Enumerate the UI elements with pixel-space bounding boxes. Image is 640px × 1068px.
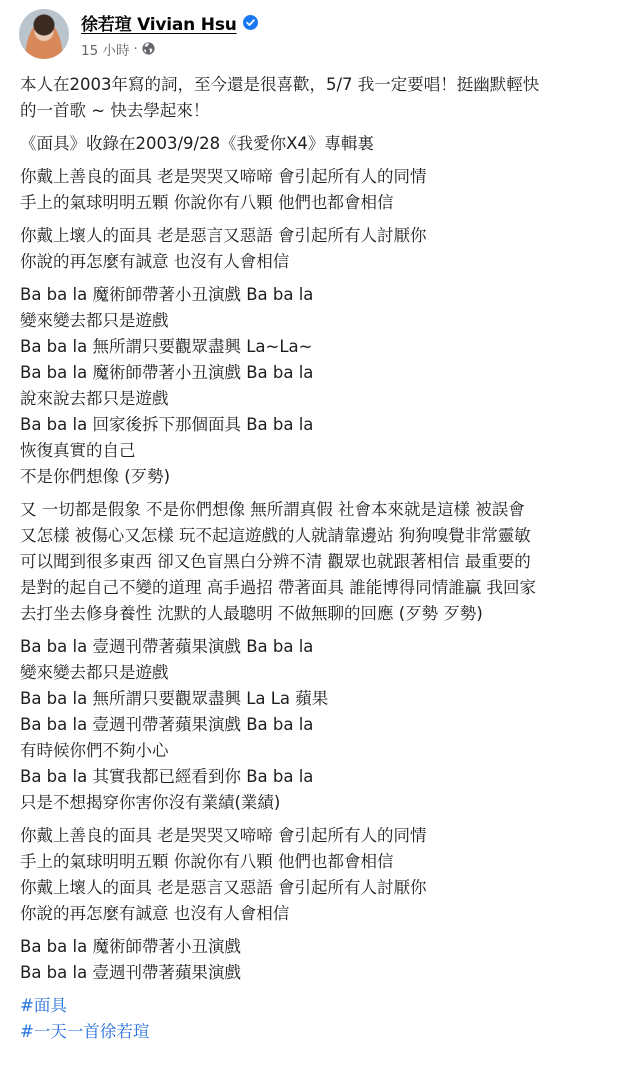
lyric-line: Ba ba la 壹週刊帶著蘋果演戲 Ba ba la bbox=[20, 712, 622, 738]
lyric-line: 恢復真實的自己 bbox=[20, 438, 622, 464]
lyric-line: 你戴上壞人的面具 老是惡言又惡語 會引起所有人討厭你 bbox=[20, 223, 622, 249]
post-body: 本人在2003年寫的詞，至今還是很喜歡，5/7 我一定要唱！挺幽默輕快 的一首歌… bbox=[18, 72, 622, 1045]
lyric-line: 你說的再怎麼有誠意 也沒有人會相信 bbox=[20, 249, 622, 275]
lyric-line: 是對的起自己不變的道理 高手過招 帶著面具 誰能博得同情誰贏 我回家 bbox=[20, 575, 622, 601]
verified-badge-icon bbox=[243, 15, 258, 30]
facebook-post: 徐若瑄 Vivian Hsu 15 小時 · bbox=[0, 0, 640, 1068]
post-subline: 15 小時 · bbox=[81, 39, 258, 59]
author-avatar[interactable] bbox=[19, 9, 69, 59]
author-name-row: 徐若瑄 Vivian Hsu bbox=[81, 10, 258, 35]
intro-line: 的一首歌 ~ 快去學起來！ bbox=[20, 98, 622, 124]
lyric-line: 手上的氣球明明五顆 你說你有八顆 他們也都會相信 bbox=[20, 849, 622, 875]
lyrics-stanza: Ba ba la 魔術師帶著小丑演戲 Ba ba la 壹週刊帶著蘋果演戲 bbox=[20, 934, 622, 986]
lyric-line: 變來變去都只是遊戲 bbox=[20, 308, 622, 334]
lyric-line: 又怎樣 被傷心又怎樣 玩不起這遊戲的人就請靠邊站 狗狗嗅覺非常靈敏 bbox=[20, 523, 622, 549]
hashtag-link[interactable]: #一天一首徐若瑄 bbox=[20, 1019, 622, 1045]
album-note-paragraph: 《面具》收錄在2003/9/28《我愛你X4》專輯裏 bbox=[20, 131, 622, 157]
lyric-line: 你戴上善良的面具 老是哭哭又啼啼 會引起所有人的同情 bbox=[20, 823, 622, 849]
lyric-line: Ba ba la 無所謂只要觀眾盡興 La La 蘋果 bbox=[20, 686, 622, 712]
lyric-line: Ba ba la 壹週刊帶著蘋果演戲 Ba ba la bbox=[20, 634, 622, 660]
lyric-line: 你戴上壞人的面具 老是惡言又惡語 會引起所有人討厭你 bbox=[20, 875, 622, 901]
lyric-line: 你說的再怎麼有誠意 也沒有人會相信 bbox=[20, 901, 622, 927]
lyric-line: 可以聞到很多東西 卻又色盲黑白分辨不清 觀眾也就跟著相信 最重要的 bbox=[20, 549, 622, 575]
globe-icon[interactable] bbox=[142, 42, 155, 55]
lyric-line: Ba ba la 壹週刊帶著蘋果演戲 bbox=[20, 960, 622, 986]
intro-line: 本人在2003年寫的詞，至今還是很喜歡，5/7 我一定要唱！挺幽默輕快 bbox=[20, 72, 622, 98]
intro-paragraph: 本人在2003年寫的詞，至今還是很喜歡，5/7 我一定要唱！挺幽默輕快 的一首歌… bbox=[20, 72, 622, 124]
hashtag-list: #面具 #一天一首徐若瑄 bbox=[20, 993, 622, 1045]
lyric-line: 變來變去都只是遊戲 bbox=[20, 660, 622, 686]
lyrics-stanza: Ba ba la 壹週刊帶著蘋果演戲 Ba ba la 變來變去都只是遊戲 Ba… bbox=[20, 634, 622, 816]
lyric-line: 手上的氣球明明五顆 你說你有八顆 他們也都會相信 bbox=[20, 190, 622, 216]
hashtag-link[interactable]: #面具 bbox=[20, 993, 622, 1019]
lyrics-stanza: 又 一切都是假象 不是你們想像 無所謂真假 社會本來就是這樣 被誤會 又怎樣 被… bbox=[20, 497, 622, 627]
lyric-line: Ba ba la 回家後拆下那個面具 Ba ba la bbox=[20, 412, 622, 438]
lyric-line: 只是不想揭穿你害你沒有業績(業績) bbox=[20, 790, 622, 816]
lyric-line: 有時候你們不夠小心 bbox=[20, 738, 622, 764]
lyrics-stanza: 你戴上善良的面具 老是哭哭又啼啼 會引起所有人的同情 手上的氣球明明五顆 你說你… bbox=[20, 164, 622, 216]
lyric-line: Ba ba la 其實我都已經看到你 Ba ba la bbox=[20, 764, 622, 790]
post-meta: 徐若瑄 Vivian Hsu 15 小時 · bbox=[81, 10, 258, 59]
lyrics-stanza: 你戴上善良的面具 老是哭哭又啼啼 會引起所有人的同情 手上的氣球明明五顆 你說你… bbox=[20, 823, 622, 927]
lyric-line: 說來說去都只是遊戲 bbox=[20, 386, 622, 412]
lyric-line: Ba ba la 無所謂只要觀眾盡興 La~La~ bbox=[20, 334, 622, 360]
lyric-line: Ba ba la 魔術師帶著小丑演戲 Ba ba la bbox=[20, 282, 622, 308]
lyrics-stanza: Ba ba la 魔術師帶著小丑演戲 Ba ba la 變來變去都只是遊戲 Ba… bbox=[20, 282, 622, 490]
lyric-line: Ba ba la 魔術師帶著小丑演戲 Ba ba la bbox=[20, 360, 622, 386]
album-note: 《面具》收錄在2003/9/28《我愛你X4》專輯裏 bbox=[20, 131, 622, 157]
separator-dot: · bbox=[133, 41, 137, 57]
lyric-line: 又 一切都是假象 不是你們想像 無所謂真假 社會本來就是這樣 被誤會 bbox=[20, 497, 622, 523]
lyric-line: Ba ba la 魔術師帶著小丑演戲 bbox=[20, 934, 622, 960]
lyrics-stanza: 你戴上壞人的面具 老是惡言又惡語 會引起所有人討厭你 你說的再怎麼有誠意 也沒有… bbox=[20, 223, 622, 275]
author-name-link[interactable]: 徐若瑄 Vivian Hsu bbox=[81, 10, 237, 35]
post-header: 徐若瑄 Vivian Hsu 15 小時 · bbox=[18, 0, 622, 68]
lyric-line: 你戴上善良的面具 老是哭哭又啼啼 會引起所有人的同情 bbox=[20, 164, 622, 190]
lyric-line: 不是你們想像 (歹勢) bbox=[20, 464, 622, 490]
post-timestamp[interactable]: 15 小時 bbox=[81, 39, 129, 59]
lyric-line: 去打坐去修身養性 沈默的人最聰明 不做無聊的回應 (歹勢 歹勢) bbox=[20, 601, 622, 627]
